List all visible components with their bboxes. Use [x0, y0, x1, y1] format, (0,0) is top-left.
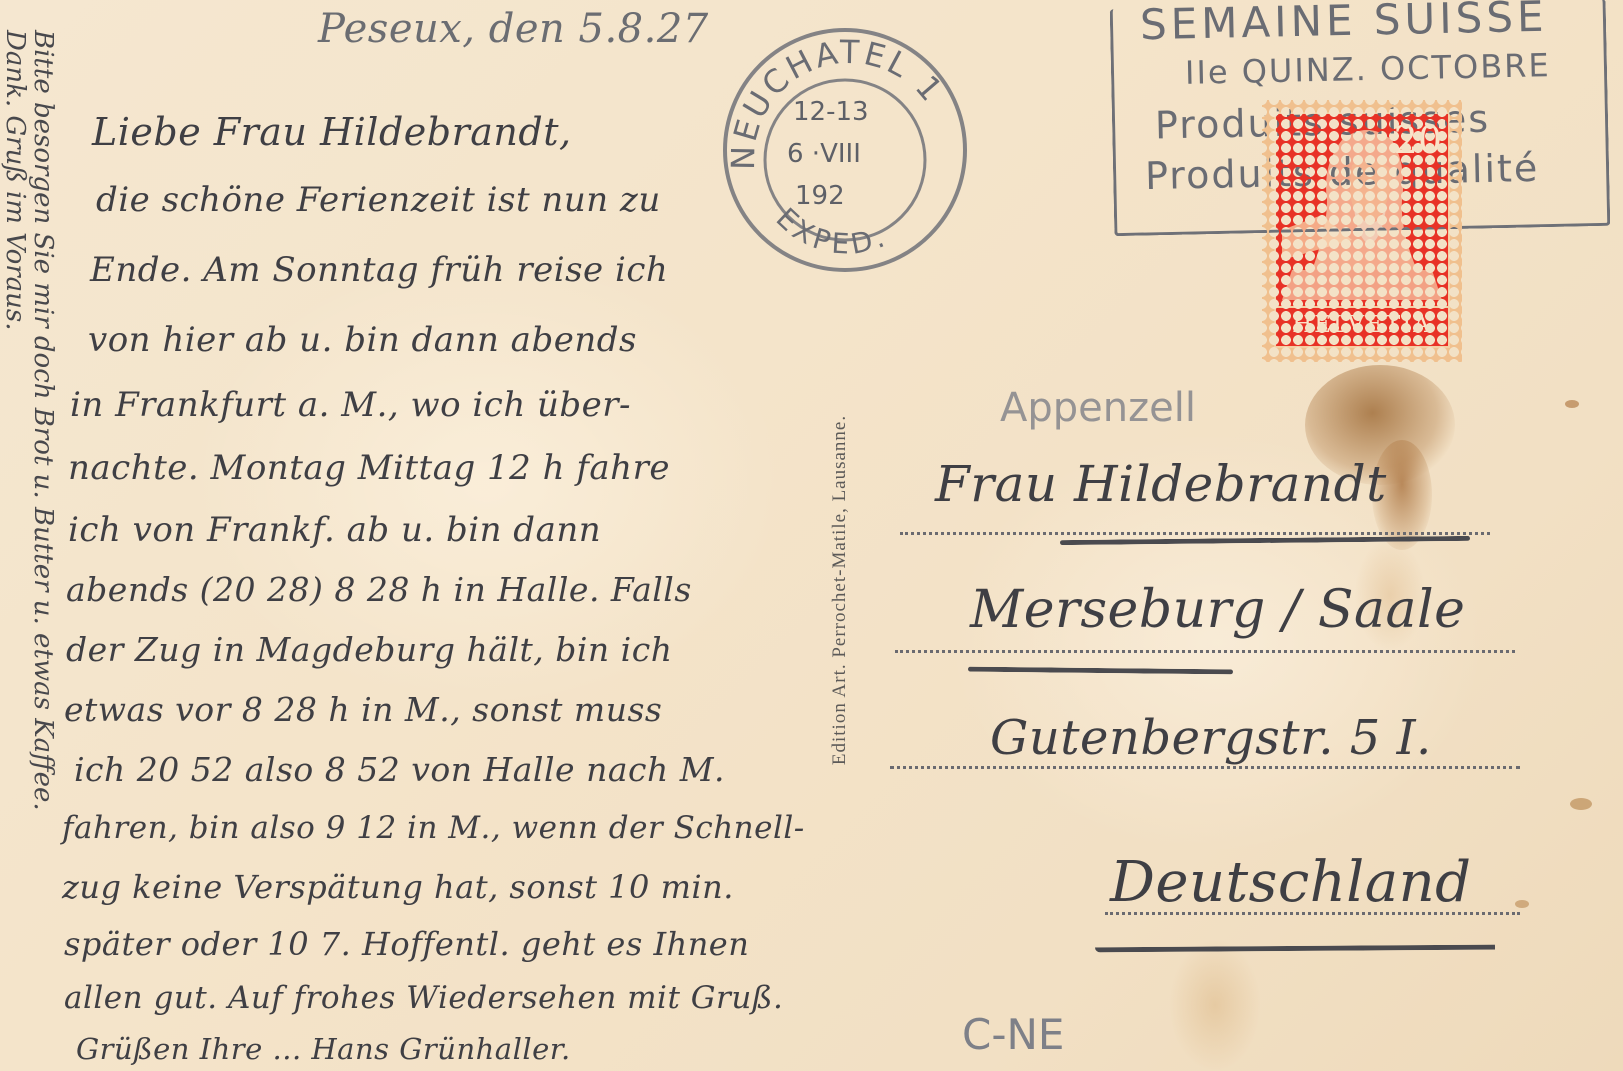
pencil-note: Appenzell — [1000, 385, 1196, 431]
recipient-name: Frau Hildebrandt — [935, 455, 1387, 513]
recipient-street: Gutenbergstr. 5 I. — [990, 710, 1432, 766]
slogan-line-2: IIe QUINZ. OCTOBRE — [1185, 46, 1551, 92]
postmark-icon: NEUCHATEL 1 EXPED. 12-13 6 ·VIII 192 — [715, 20, 975, 280]
city-underline — [968, 667, 1233, 675]
place-date: Peseux, den 5.8.27 — [318, 6, 709, 52]
message-line: etwas vor 8 28 h in M., sonst muss — [64, 690, 662, 729]
message-line: abends (20 28) 8 28 h in Halle. Falls — [66, 570, 692, 609]
address-line-3 — [890, 766, 1520, 769]
message-line: von hier ab u. bin dann abends — [88, 320, 637, 360]
message-line: Grüßen Ihre ... Hans Grünhaller. — [76, 1032, 571, 1066]
postmark-date: 6 ·VIII — [787, 139, 861, 169]
stamp-value: 20 — [1394, 118, 1442, 162]
recipient-underline — [1060, 536, 1470, 545]
margin-note-line-2: Dank. Gruß im Voraus. — [0, 30, 30, 331]
message-line: ich von Frankf. ab u. bin dann — [68, 510, 601, 550]
postmark-year: 192 — [795, 181, 845, 211]
message-line: der Zug in Magdeburg hält, bin ich — [66, 630, 672, 669]
address-line-4 — [1105, 912, 1520, 915]
message-line: ich 20 52 also 8 52 von Halle nach M. — [74, 750, 725, 789]
recipient-country: Deutschland — [1110, 850, 1472, 915]
stain — [1515, 900, 1529, 908]
message-line: zug keine Verspätung hat, sonst 10 min. — [62, 868, 734, 906]
country-underline — [1095, 945, 1495, 953]
message-line: Ende. Am Sonntag früh reise ich — [90, 250, 668, 290]
stain — [1565, 400, 1579, 408]
postmark-time: 12-13 — [793, 97, 869, 127]
message-line: fahren, bin also 9 12 in M., wenn der Sc… — [62, 810, 805, 846]
postage-stamp: 20 HELVETIA — [1262, 100, 1462, 362]
stain — [1570, 798, 1592, 810]
salutation: Liebe Frau Hildebrandt, — [92, 110, 572, 154]
slogan-line-1: SEMAINE SUISSE — [1140, 0, 1548, 49]
message-line: nachte. Montag Mittag 12 h fahre — [68, 448, 670, 488]
message-line: in Frankfurt a. M., wo ich über- — [70, 385, 631, 425]
address-line-2 — [895, 650, 1515, 653]
publisher-imprint: Edition Art. Perrochet-Matile, Lausanne. — [829, 415, 851, 765]
margin-note-line-1: Bitte besorgen Sie mir doch Brot u. Butt… — [28, 30, 58, 811]
message-line: später oder 10 7. Hoffentl. geht es Ihne… — [64, 925, 749, 963]
stamp-face: 20 HELVETIA — [1274, 112, 1450, 348]
address-line-1 — [900, 532, 1490, 535]
postcard: Bitte besorgen Sie mir doch Brot u. Butt… — [0, 0, 1623, 1071]
message-line: allen gut. Auf frohes Wiedersehen mit Gr… — [64, 980, 783, 1016]
message-line: die schöne Ferienzeit ist nun zu — [96, 180, 661, 220]
stamp-country: HELVETIA — [1276, 306, 1448, 342]
stain — [1170, 940, 1260, 1070]
recipient-city: Merseburg / Saale — [970, 580, 1465, 640]
archive-note: C-NE — [962, 1010, 1064, 1059]
